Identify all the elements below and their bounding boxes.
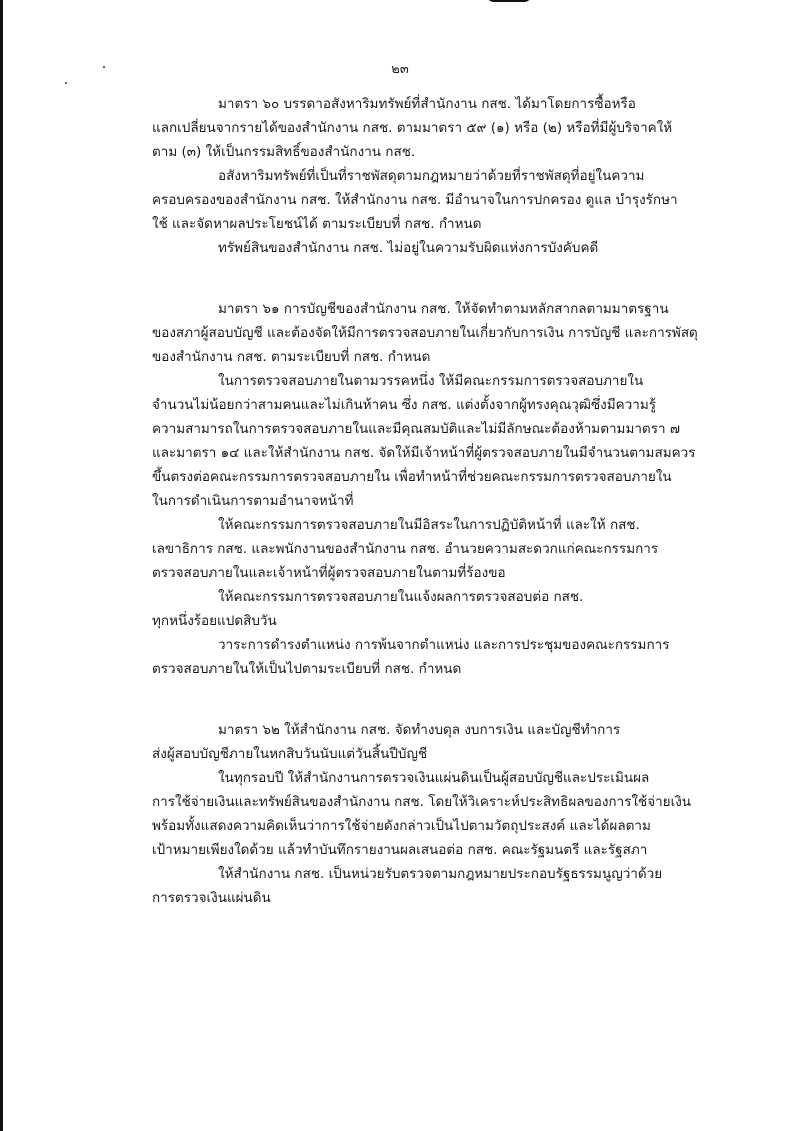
text-line: อสังหาริมทรัพย์ที่เป็นที่ราชพัสดุตามกฎหม… [218, 167, 644, 185]
text-line: ใช้ และจัดหาผลประโยชน์ได้ ตามระเบียบที่ … [152, 215, 482, 233]
scan-punch-mark [486, 0, 532, 2]
text-line: ให้คณะกรรมการตรวจสอบภายในมีอิสระในการปฏิ… [218, 516, 640, 534]
text-line: ในการดำเนินการตามอำนาจหน้าที่ [152, 492, 354, 510]
scan-speck [65, 82, 67, 84]
text-line: ของสภาผู้สอบบัญชี และต้องจัดให้มีการตรวจ… [152, 324, 698, 342]
text-line: ในทุกรอบปี ให้สำนักงานการตรวจเงินแผ่นดิน… [218, 769, 649, 787]
text-line: เลขาธิการ กสช. และพนักงานของสำนักงาน กสช… [152, 540, 658, 558]
text-line: ในการตรวจสอบภายในตามวรรคหนึ่ง ให้มีคณะกร… [218, 372, 643, 390]
scan-left-edge [0, 0, 3, 1131]
text-line: ตรวจสอบภายในให้เป็นไปตามระเบียบที่ กสช. … [152, 660, 461, 678]
text-line: ตาม (๓) ให้เป็นกรรมสิทธิ์ของสำนักงาน กสช… [152, 143, 415, 161]
text-line: เป้าหมายเพียงใดด้วย แล้วทำบันทึกรายงานผล… [152, 841, 647, 859]
text-line: ตรวจสอบภายในและเจ้าหน้าที่ผู้ตรวจสอบภายใ… [152, 564, 506, 582]
text-line: การตรวจเงินแผ่นดิน [152, 889, 271, 907]
text-line: ทรัพย์สินของสำนักงาน กสช. ไม่อยู่ในความร… [218, 239, 598, 257]
text-line: มาตรา ๖๒ ให้สำนักงาน กสช. จัดทำงบดุล งบก… [218, 721, 620, 739]
text-line: พร้อมทั้งแสดงความคิดเห็นว่าการใช้จ่ายดัง… [152, 817, 651, 835]
text-line: ให้คณะกรรมการตรวจสอบภายในแจ้งผลการตรวจสอ… [218, 588, 583, 606]
text-line: ขึ้นตรงต่อคณะกรรมการตรวจสอบภายใน เพื่อทำ… [152, 468, 672, 486]
text-line: มาตรา ๖๑ การบัญชีของสำนักงาน กสช. ให้จัด… [218, 300, 669, 318]
page-number: ๒๓ [0, 58, 800, 79]
text-line: แลกเปลี่ยนจากรายได้ของสำนักงาน กสช. ตามม… [152, 119, 672, 137]
text-line: ทุกหนึ่งร้อยแปดสิบวัน [152, 612, 277, 630]
text-line: มาตรา ๖๐ บรรดาอสังหาริมทรัพย์ที่สำนักงาน… [218, 95, 636, 113]
text-line: ความสามารถในการตรวจสอบภายในและมีคุณสมบัต… [152, 420, 680, 438]
text-line: ของสำนักงาน กสช. ตามระเบียบที่ กสช. กำหน… [152, 348, 430, 366]
text-line: ให้สำนักงาน กสช. เป็นหน่วยรับตรวจตามกฎหม… [218, 865, 662, 883]
text-line: และมาตรา ๑๔ และให้สำนักงาน กสช. จัดให้มี… [152, 444, 695, 462]
text-line: วาระการดำรงตำแหน่ง การพ้นจากตำแหน่ง และก… [218, 636, 669, 654]
text-line: จำนวนไม่น้อยกว่าสามคนและไม่เกินห้าคน ซึ่… [152, 396, 656, 414]
text-line: ครอบครองของสำนักงาน กสช. ให้สำนักงาน กสช… [152, 191, 678, 209]
text-line: การใช้จ่ายเงินและทรัพย์สินของสำนักงาน กส… [152, 793, 691, 811]
text-line: ส่งผู้สอบบัญชีภายในหกสิบวันนับแต่วันสิ้น… [152, 745, 427, 763]
